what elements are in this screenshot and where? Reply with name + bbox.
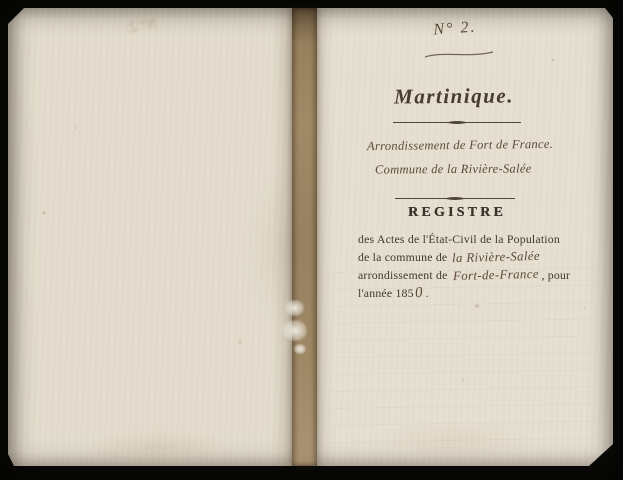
- text-line: des Actes de l'État-Civil de la Populati…: [358, 230, 560, 248]
- archive-scan: N° 2. N° 2. Martinique. Arrondissement d…: [0, 0, 623, 480]
- tape-repair-patch: [285, 300, 304, 316]
- separator-rule: [395, 198, 515, 199]
- text-line: l'année 1850.: [358, 284, 560, 302]
- printed-text: , pour: [541, 268, 570, 282]
- arrondissement-line: Arrondissement de Fort de France.: [367, 137, 553, 154]
- text-line: arrondissement deFort-de-France, pour: [358, 266, 560, 284]
- printed-text: arrondissement de: [358, 268, 448, 282]
- left-page: N° 2.: [8, 8, 300, 466]
- territory-title: Martinique.: [303, 83, 605, 111]
- printed-text: .: [426, 286, 429, 300]
- binding-tape: [292, 8, 317, 466]
- folio-number: N° 2.: [303, 9, 608, 48]
- right-page: N° 2. Martinique. Arrondissement de Fort…: [303, 8, 613, 466]
- printed-text: de la commune de: [358, 250, 447, 264]
- folio-underline-flourish: [423, 48, 495, 60]
- commune-line: Commune de la Rivière-Salée: [375, 161, 532, 177]
- text-line: de la commune dela Rivière-Salée: [358, 248, 560, 266]
- printed-text: l'année 185: [358, 286, 414, 300]
- tape-repair-patch: [283, 320, 307, 341]
- handwritten-arrondissement: Fort-de-France: [452, 265, 538, 285]
- handwritten-year-digit: 0: [414, 284, 424, 303]
- handwritten-commune: la Rivière-Salée: [452, 247, 540, 267]
- register-description: des Actes de l'État-Civil de la Populati…: [358, 230, 560, 302]
- separator-rule: [393, 122, 521, 123]
- ink-bleed-mark: N° 2.: [125, 15, 158, 37]
- tape-repair-patch: [294, 344, 306, 354]
- register-heading: REGISTRE: [355, 205, 559, 221]
